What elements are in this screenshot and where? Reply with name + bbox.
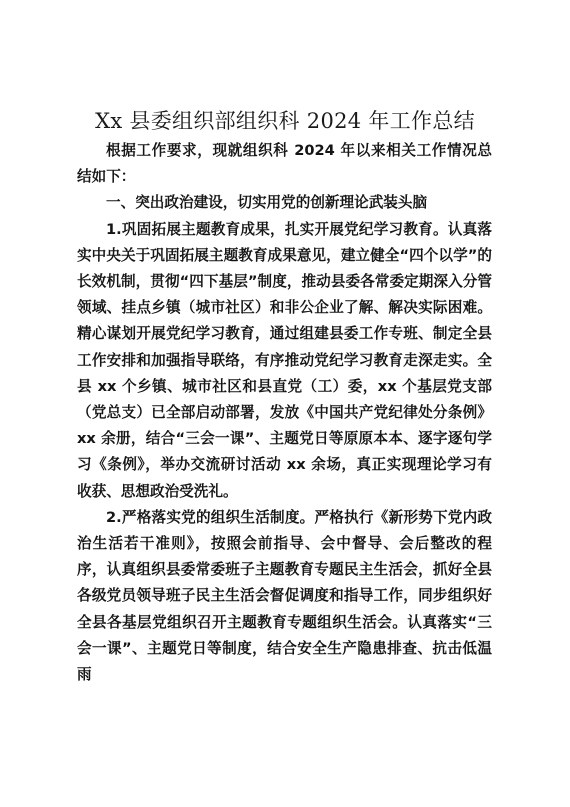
intro-paragraph: 根据工作要求，现就组织科 2024 年以来相关工作情况总结如下：	[77, 138, 492, 190]
document-body: 根据工作要求，现就组织科 2024 年以来相关工作情况总结如下： 一、突出政治建…	[77, 138, 492, 688]
paragraph-item-2: 2.严格落实党的组织生活制度。严格执行《新形势下党内政治生活若干准则》，按照会前…	[77, 505, 492, 688]
document-page: Xx 县委组织部组织科 2024 年工作总结 根据工作要求，现就组织科 2024…	[0, 0, 570, 807]
paragraph-item-1: 1.巩固拓展主题教育成果，扎实开展党纪学习教育。认真落实中央关于巩固拓展主题教育…	[77, 217, 492, 505]
section-heading-1: 一、突出政治建设，切实用党的创新理论武装头脑	[77, 190, 492, 216]
document-title: Xx 县委组织部组织科 2024 年工作总结	[0, 106, 570, 136]
